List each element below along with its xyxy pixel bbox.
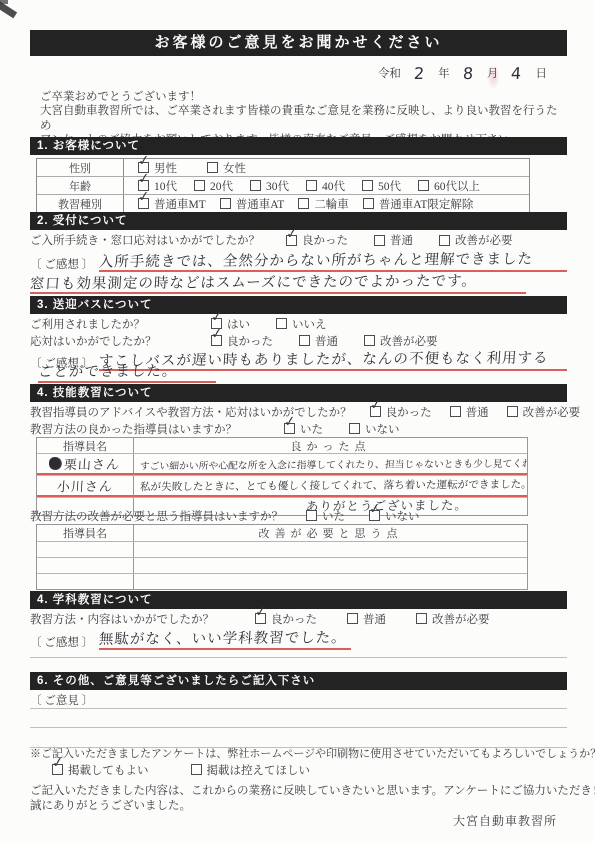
date-month-unit: 月 (487, 65, 499, 81)
instructor-row-2: 小川さん 私が失敗したときに、とても優しく接してくれて、落ち着いた運転ができまし… (37, 476, 527, 498)
section3-q2-line: 応対はいかがでしたか？ ✓良かった 普通 改善が必要 (30, 333, 567, 348)
option-good: ✓良かった (255, 611, 317, 627)
option-at-limit-release: 普通車AT限定解除 (363, 196, 474, 212)
date-day-unit: 日 (536, 65, 548, 81)
date-month-value: 8 (462, 63, 474, 82)
section2-comment-line2: 窓口も効果測定の時などはスムーズにできたのでよかったです。 (30, 273, 567, 294)
option-label: 普通 (390, 232, 413, 248)
publish-question-line: ※ご記入いただきましたアンケートは、弊社ホームページや印刷物に使用させていただい… (30, 746, 567, 760)
option-label: 30代 (266, 178, 289, 194)
form-title-bar: お客様のご意見をお聞かせください (30, 30, 567, 56)
empty-row (37, 574, 527, 589)
section2-comment-line1: 〔 ご感想 〕 入所手続きでは、全然分からない所がちゃんと理解できました (30, 248, 567, 272)
option-label: 改善が必要 (455, 232, 513, 248)
option-label: 普通 (363, 611, 386, 627)
section1-header-bar: 1. お客様について (30, 137, 567, 155)
checkbox-icon (374, 235, 385, 246)
option-age-30s: 30代 (250, 178, 289, 194)
checkbox-icon (220, 198, 231, 209)
option-label: 50代 (378, 178, 401, 194)
option-good: ✓良かった (370, 404, 432, 420)
option-no: いいえ (276, 316, 327, 332)
column-header-name: 指導員名 (37, 438, 134, 453)
option-needs-improvement: 改善が必要 (364, 333, 438, 349)
option-label: 60代以上 (434, 178, 480, 194)
check-icon: ✓ (210, 326, 223, 341)
option-label: いない (385, 508, 420, 524)
section5-header-bar: 4. 学科教習について (30, 591, 567, 609)
check-icon: ✓ (137, 189, 150, 204)
checkbox-icon (250, 180, 261, 191)
option-label: 良かった (386, 404, 432, 420)
improve-instructor-table: 指導員名 改善が必要と思う点 (36, 524, 528, 590)
checkbox-icon (298, 198, 309, 209)
option-label: 改善が必要 (523, 404, 581, 420)
instructor-name-cell (37, 542, 134, 557)
table-header-row: 指導員名 良かった点 (37, 438, 527, 454)
section1-title: 1. お客様について (37, 140, 140, 152)
checkbox-checked-icon: ✓ (255, 613, 266, 624)
date-year-value: 2 (413, 63, 425, 82)
section6-header-bar: 6. その他、ご意見等ございましたらご記入下さい (30, 672, 567, 690)
intro-line: 大宮自動車教習所では、ご卒業されます皆様の貴重なご意見を業務に反映し、より良い教… (40, 104, 565, 133)
age-options: ✓10代 20代 30代 40代 50代 60代以上 (124, 177, 529, 194)
option-normal: 普通 (347, 611, 386, 627)
section4-q3-line: 教習方法の改善が必要と思う指導員はいますか？ いた ✓いない (30, 508, 567, 523)
option-car-mt: ✓普通車MT (138, 196, 206, 212)
table-row-age: 年齢 ✓10代 20代 30代 40代 50代 60代以上 (37, 177, 529, 195)
check-icon: ✓ (51, 755, 64, 770)
question-text: ご入所手続き・窓口応対はいかがでしたか？ (30, 232, 260, 248)
improve-point-cell (134, 558, 527, 573)
check-icon: ✓ (137, 153, 150, 168)
option-publish-ok: ✓掲載してもよい (52, 762, 149, 778)
option-age-40s: 40代 (306, 178, 345, 194)
option-label: 40代 (322, 178, 345, 194)
comment-label: 〔 ご意見 〕 (30, 692, 93, 708)
checkbox-checked-icon: ✓ (369, 510, 380, 521)
row-label: 性別 (37, 159, 124, 176)
closing-line: ご記入いただきました内容は、これからの業務に反映していきたいと思います。アンケー… (30, 784, 567, 799)
option-label: 女性 (223, 160, 246, 176)
check-icon: ✓ (283, 414, 296, 429)
checkbox-icon (347, 613, 358, 624)
question-text: ご利用されましたか？ (30, 316, 185, 332)
date-day-value: 4 (511, 63, 523, 82)
option-label: 良かった (302, 232, 348, 248)
option-label: 掲載は控えてほしい (207, 762, 311, 778)
checkbox-icon (306, 180, 317, 191)
row-label: 年齢 (37, 177, 124, 194)
option-good: ✓良かった (286, 232, 348, 248)
section6-title: 6. その他、ご意見等ございましたらご記入下さい (37, 675, 315, 687)
option-normal: 普通 (374, 232, 413, 248)
option-normal: 普通 (299, 333, 338, 349)
option-label: 改善が必要 (432, 611, 490, 627)
checkbox-icon (364, 335, 375, 346)
checkbox-checked-icon: ✓ (52, 764, 63, 775)
section3-title: 3. 送迎バスについて (37, 299, 153, 311)
option-normal: 普通 (450, 404, 489, 420)
handwritten-comment: 無駄がなく、いい学科教習でした。 (99, 627, 351, 650)
option-label: 良かった (227, 333, 273, 349)
instructor-name-cell: 小川さん (37, 476, 134, 497)
section5-comment-line: 〔 ご感想 〕 無駄がなく、いい学科教習でした。 (30, 626, 567, 650)
option-publish-no: 掲載は控えてほしい (191, 762, 311, 778)
column-header-good-point: 良かった点 (134, 438, 527, 453)
option-age-50s: 50代 (362, 178, 401, 194)
publish-options-line: ✓掲載してもよい 掲載は控えてほしい (30, 762, 567, 777)
option-ita: ✓いた (284, 421, 323, 437)
section5-title: 4. 学科教習について (37, 594, 153, 606)
option-label: 20代 (210, 178, 233, 194)
option-needs-improvement: 改善が必要 (416, 611, 490, 627)
checkbox-icon (363, 198, 374, 209)
section4-q2-line: 教習方法の良かった指導員はいますか？ ✓いた いない (30, 421, 567, 436)
option-label: 男性 (154, 160, 177, 176)
good-point-cell: すごい細かい所や心配な所を入念に指導してくれたり、担当じゃないときも少し見てくれ… (134, 454, 527, 475)
checkbox-icon (416, 613, 427, 624)
option-age-60plus: 60代以上 (418, 178, 480, 194)
form-title: お客様のご意見をお聞かせください (154, 34, 442, 51)
option-label: 普通車AT限定解除 (379, 196, 474, 212)
improve-point-cell (134, 542, 527, 557)
customer-info-table: 性別 ✓男性 女性 年齢 ✓10代 20代 30代 40代 50代 60代以上 … (36, 158, 530, 213)
option-label: 普通車AT (236, 196, 285, 212)
school-signature: 大宮自動車教習所 (453, 812, 557, 829)
option-car-at: 普通車AT (220, 196, 285, 212)
date-era: 令和 (378, 65, 401, 81)
question-text: 教習指導員のアドバイスや教習方法・応対はいかがでしたか？ (30, 404, 352, 420)
option-label: いた (300, 421, 323, 437)
checkbox-icon (349, 423, 360, 434)
option-needs-improvement: 改善が必要 (439, 232, 513, 248)
check-icon: ✓ (210, 309, 223, 324)
blank-ruled-line (30, 714, 567, 728)
scan-artifact-speck (0, 0, 8, 4)
check-icon: ✓ (137, 171, 150, 186)
empty-row (37, 542, 527, 558)
option-label: 普通車MT (154, 196, 206, 212)
closing-paragraph: ご記入いただきました内容は、これからの業務に反映していきたいと思います。アンケー… (30, 784, 567, 813)
option-age-20s: 20代 (194, 178, 233, 194)
option-label: 掲載してもよい (68, 762, 149, 778)
row-label: 教習種別 (37, 195, 124, 212)
instructor-name-cell (37, 558, 134, 573)
option-inai: ✓いない (369, 508, 420, 524)
check-icon: ✓ (368, 501, 381, 516)
option-label: いた (322, 508, 345, 524)
checkbox-checked-icon: ✓ (370, 406, 381, 417)
option-label: 普通 (315, 333, 338, 349)
blank-ruled-line (30, 648, 567, 658)
question-text: 教習方法・内容はいかがでしたか？ (30, 611, 225, 627)
option-label: 二輪車 (314, 196, 349, 212)
checkbox-icon (306, 510, 317, 521)
option-label: はい (227, 316, 250, 332)
section5-question-line: 教習方法・内容はいかがでしたか？ ✓良かった 普通 改善が必要 (30, 611, 567, 626)
instructor-name-cell (37, 574, 134, 589)
checkbox-icon (194, 180, 205, 191)
good-point-cell: 私が失敗したときに、とても優しく接してくれて、落ち着いた運転ができました。 (134, 476, 527, 497)
checkbox-checked-icon: ✓ (284, 423, 295, 434)
option-label: 普通 (466, 404, 489, 420)
closing-line: 誠にありがとうございました。 (30, 799, 567, 814)
option-needs-improvement: 改善が必要 (507, 404, 581, 420)
opinion-label-line: 〔 ご意見 〕 (30, 692, 567, 709)
checkbox-icon (507, 406, 518, 417)
section2-question-line: ご入所手続き・窓口応対はいかがでしたか？ ✓良かった 普通 改善が必要 (30, 232, 567, 248)
question-text: 応対はいかがでしたか？ (30, 333, 185, 349)
option-good: ✓良かった (211, 333, 273, 349)
comment-label: 〔 ご感想 〕 (30, 256, 93, 272)
improve-point-cell (134, 574, 527, 589)
question-text: 教習方法の改善が必要と思う指導員はいますか？ (30, 508, 282, 524)
date-line: 令和 2 年 8 月 4 日 (30, 60, 567, 86)
section3-header-bar: 3. 送迎バスについて (30, 296, 567, 314)
column-header-improve-point: 改善が必要と思う点 (134, 525, 527, 541)
option-inai: いない (349, 421, 400, 437)
option-label: いない (365, 421, 400, 437)
publish-question: ※ご記入いただきましたアンケートは、弊社ホームページや印刷物に使用させていただい… (30, 745, 595, 761)
section3-q1-line: ご利用されましたか？ ✓はい いいえ (30, 316, 567, 331)
intro-line: ご卒業おめでとうございます！ (40, 90, 565, 104)
section2-header-bar: 2. 受付について (30, 212, 567, 230)
handwritten-comment: 窓口も効果測定の時などはスムーズにできたのでよかったです。 (30, 271, 526, 294)
option-label: 良かった (271, 611, 317, 627)
checkbox-icon (191, 764, 202, 775)
handwritten-comment: ことができました。 (38, 360, 216, 383)
option-label: 10代 (154, 178, 177, 194)
check-icon: ✓ (369, 397, 382, 412)
checkbox-icon (362, 180, 373, 191)
checkbox-icon (418, 180, 429, 191)
section3-comment-line2: ことができました。 (30, 366, 567, 383)
handwritten-comment: 入所手続きでは、全然分からない所がちゃんと理解できました (99, 249, 567, 272)
option-ita: いた (306, 508, 345, 524)
checkbox-icon (299, 335, 310, 346)
section4-title: 4. 技能教習について (37, 387, 153, 399)
option-label: 改善が必要 (380, 333, 438, 349)
course-options: ✓普通車MT 普通車AT 二輪車 普通車AT限定解除 (124, 195, 529, 212)
section4-q1-line: 教習指導員のアドバイスや教習方法・応対はいかがでしたか？ ✓良かった 普通 改善… (30, 404, 567, 419)
section4-header-bar: 4. 技能教習について (30, 384, 567, 402)
option-motorcycle: 二輪車 (298, 196, 349, 212)
column-header-name: 指導員名 (37, 525, 134, 541)
question-text: 教習方法の良かった指導員はいますか？ (30, 421, 258, 437)
scanned-survey-page: お客様のご意見をお聞かせください 令和 2 年 8 月 4 日 ご卒業おめでとう… (0, 0, 595, 841)
table-row-course-type: 教習種別 ✓普通車MT 普通車AT 二輪車 普通車AT限定解除 (37, 195, 529, 212)
checkbox-icon (207, 162, 218, 173)
table-header-row: 指導員名 改善が必要と思う点 (37, 525, 527, 542)
table-row-gender: 性別 ✓男性 女性 (37, 159, 529, 177)
scribble-mark (49, 457, 62, 470)
good-instructor-table: 指導員名 良かった点 栗山さん すごい細かい所や心配な所を入念に指導してくれたり… (36, 437, 528, 516)
gender-options: ✓男性 女性 (124, 159, 529, 176)
check-icon: ✓ (285, 226, 298, 241)
checkbox-checked-icon: ✓ (286, 235, 297, 246)
checkbox-icon (276, 318, 287, 329)
checkbox-icon (439, 235, 450, 246)
option-label: いいえ (292, 316, 327, 332)
check-icon: ✓ (254, 604, 267, 619)
instructor-row-1: 栗山さん すごい細かい所や心配な所を入念に指導してくれたり、担当じゃないときも少… (37, 454, 527, 476)
date-year-unit: 年 (438, 65, 450, 81)
section2-title: 2. 受付について (37, 215, 128, 227)
checkbox-icon (450, 406, 461, 417)
empty-row (37, 558, 527, 574)
checkbox-checked-icon: ✓ (138, 198, 149, 209)
checkbox-checked-icon: ✓ (211, 335, 222, 346)
option-female: 女性 (207, 160, 246, 176)
instructor-name-cell: 栗山さん (37, 454, 134, 475)
